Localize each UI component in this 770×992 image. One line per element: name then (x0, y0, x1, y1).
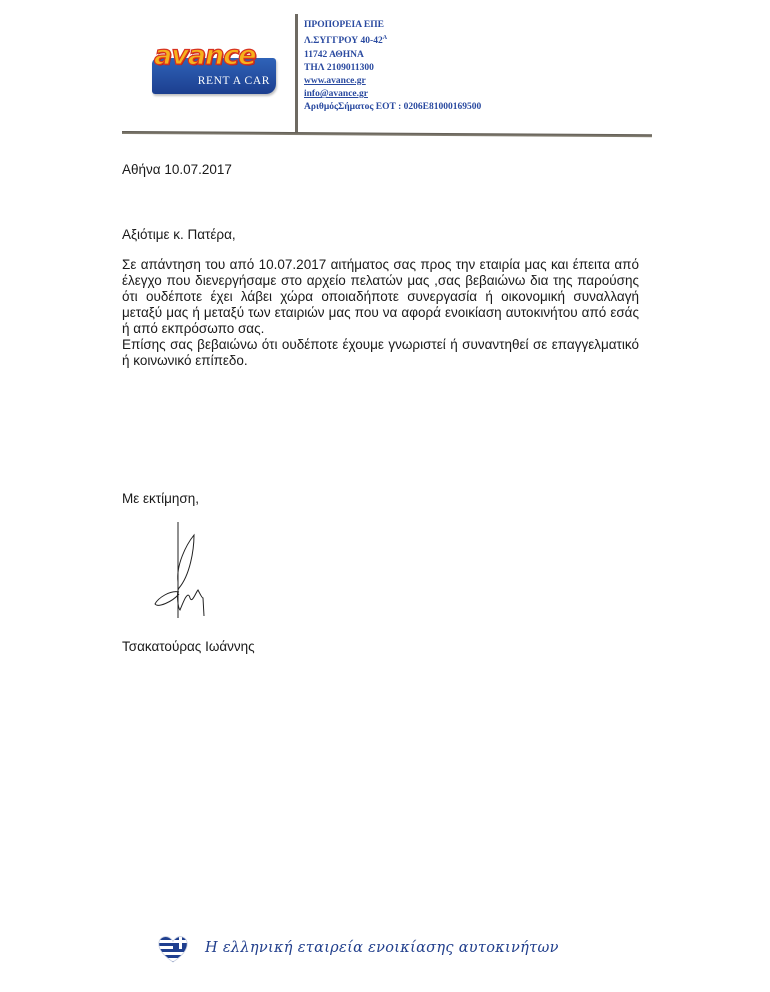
letter-salutation: Αξιότιμε κ. Πατέρα, (122, 227, 236, 242)
company-city: 11742 ΑΘΗΝΑ (304, 49, 481, 62)
letter-date: Αθήνα 10.07.2017 (122, 162, 232, 177)
company-email-link[interactable]: info@avance.gr (304, 88, 481, 101)
company-info: ΠΡΟΠΟΡΕΙΑ ΕΠΕ Λ.ΣΥΓΓΡΟΥ 40-42Α 11742 ΑΘΗ… (304, 19, 481, 115)
company-website-link[interactable]: www.avance.gr (304, 75, 481, 88)
letter-paragraph: Επίσης σας βεβαιώνω ότι ουδέποτε έχουμε … (122, 337, 639, 369)
letter-closing: Με εκτίμηση, (122, 491, 199, 506)
greek-flag-heart-icon (157, 934, 189, 964)
handwritten-signature (148, 520, 218, 620)
letter-paragraph: Σε απάντηση του από 10.07.2017 αιτήματος… (122, 257, 639, 337)
company-registration: ΑριθμόςΣήματος ΕΟΤ : 0206Ε81000169500 (304, 101, 481, 114)
logo-tagline: RENT A CAR (198, 75, 270, 87)
header-vertical-divider (295, 14, 298, 134)
letter-body: Σε απάντηση του από 10.07.2017 αιτήματος… (122, 257, 639, 369)
header-horizontal-divider (122, 131, 652, 137)
footer-slogan: Η ελληνική εταιρεία ενοικίασης αυτοκινήτ… (205, 940, 559, 956)
company-name: ΠΡΟΠΟΡΕΙΑ ΕΠΕ (304, 19, 481, 32)
company-address: Λ.ΣΥΓΓΡΟΥ 40-42Α (304, 32, 481, 48)
logo-brand-text: avance (154, 40, 256, 71)
company-phone: ΤΗΛ 2109011300 (304, 62, 481, 75)
signer-name: Τσακατούρας Ιωάννης (122, 639, 255, 654)
avance-logo: avance RENT A CAR (150, 44, 278, 96)
